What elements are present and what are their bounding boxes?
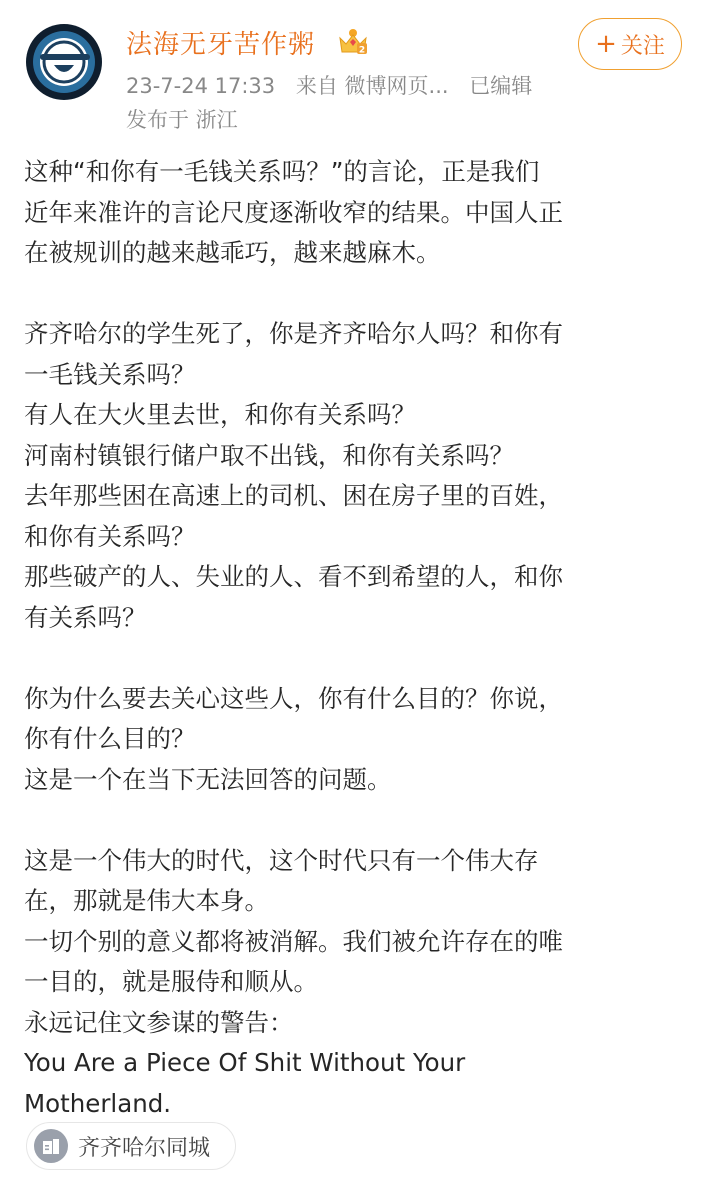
text-line: 这是一个伟大的时代，这个时代只有一个伟大存 xyxy=(24,841,684,882)
text-line: 和你有关系吗？ xyxy=(24,517,684,558)
text-line: 你为什么要去关心这些人，你有什么目的？你说， xyxy=(24,679,684,720)
text-line: 那些破产的人、失业的人、看不到希望的人，和你 xyxy=(24,557,684,598)
text-line: 在，那就是伟大本身。 xyxy=(24,881,684,922)
post-body: 这种“和你有一毛钱关系吗？”的言论，正是我们 近年来准许的言论尺度逐渐收窄的结果… xyxy=(24,152,684,1124)
avatar[interactable] xyxy=(26,24,102,100)
follow-label: 关注 xyxy=(621,29,665,60)
post-meta: 23-7-24 17:33 来自 微博网页... 已编辑 xyxy=(126,70,546,100)
text-line: 永远记住文参谋的警告： xyxy=(24,1003,684,1044)
text-line: 去年那些困在高速上的司机、困在房子里的百姓， xyxy=(24,476,684,517)
post-timestamp: 23-7-24 17:33 xyxy=(126,74,275,98)
plus-icon: + xyxy=(595,31,617,57)
text-line: 你有什么目的？ xyxy=(24,719,684,760)
follow-button[interactable]: + 关注 xyxy=(578,18,682,70)
post-header: 法海无牙苦作粥 2 23-7-24 17:33 来自 微博网页... 已编辑 发… xyxy=(0,0,705,140)
text-line: 这是一个在当下无法回答的问题。 xyxy=(24,760,684,801)
text-line: 在被规训的越来越乖巧，越来越麻木。 xyxy=(24,233,684,274)
text-line: 有关系吗？ xyxy=(24,598,684,639)
paragraph: 这种“和你有一毛钱关系吗？”的言论，正是我们 近年来准许的言论尺度逐渐收窄的结果… xyxy=(24,152,684,274)
building-icon xyxy=(34,1129,68,1163)
text-line: 河南村镇银行储户取不出钱，和你有关系吗？ xyxy=(24,436,684,477)
edited-label[interactable]: 已编辑 xyxy=(469,74,532,98)
text-line: 一毛钱关系吗？ xyxy=(24,355,684,396)
topic-tag-label: 齐齐哈尔同城 xyxy=(78,1131,210,1162)
author-name[interactable]: 法海无牙苦作粥 xyxy=(126,24,315,61)
text-line: Motherland. xyxy=(24,1084,684,1125)
text-line: 齐齐哈尔的学生死了，你是齐齐哈尔人吗？和你有 xyxy=(24,314,684,355)
text-line: 有人在大火里去世，和你有关系吗？ xyxy=(24,395,684,436)
text-line: 一切个别的意义都将被消解。我们被允许存在的唯 xyxy=(24,922,684,963)
laughing-man-avatar-icon xyxy=(26,24,102,100)
text-line: 近年来准许的言论尺度逐渐收窄的结果。中国人正 xyxy=(24,193,684,234)
paragraph: 你为什么要去关心这些人，你有什么目的？你说， 你有什么目的？ 这是一个在当下无法… xyxy=(24,679,684,801)
topic-tag-button[interactable]: 齐齐哈尔同城 xyxy=(26,1122,236,1170)
text-line: 这种“和你有一毛钱关系吗？”的言论，正是我们 xyxy=(24,152,684,193)
post-source[interactable]: 来自 微博网页... xyxy=(296,74,449,98)
crown-level-badge-icon: 2 xyxy=(338,28,368,56)
post-location: 发布于 浙江 xyxy=(126,104,238,134)
text-line: 一目的，就是服侍和顺从。 xyxy=(24,962,684,1003)
paragraph: 这是一个伟大的时代，这个时代只有一个伟大存 在，那就是伟大本身。 一切个别的意义… xyxy=(24,841,684,1125)
text-line: You Are a Piece Of Shit Without Your xyxy=(24,1043,684,1084)
svg-text:2: 2 xyxy=(359,46,365,56)
paragraph: 齐齐哈尔的学生死了，你是齐齐哈尔人吗？和你有 一毛钱关系吗？ 有人在大火里去世，… xyxy=(24,314,684,638)
